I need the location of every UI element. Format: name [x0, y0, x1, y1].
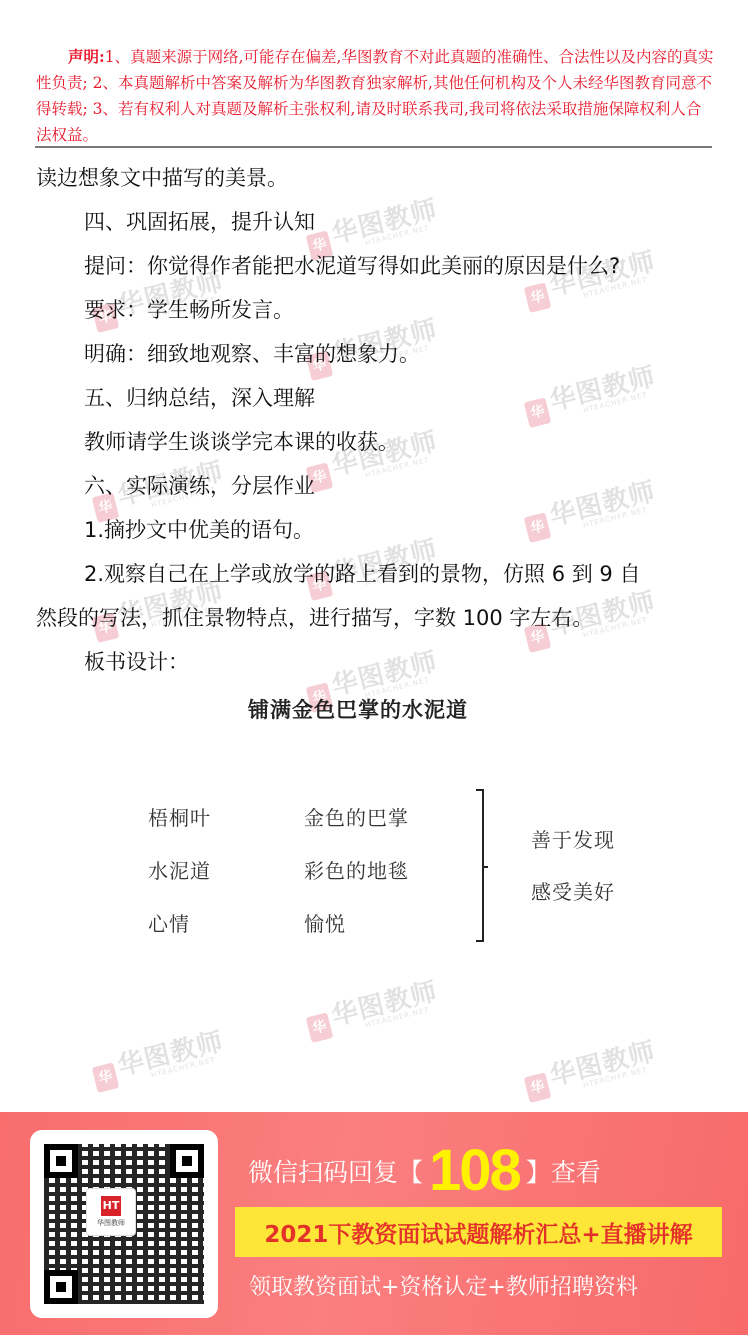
board-right-item: 感受美好 — [531, 876, 615, 905]
body-line: 2.观察自己在上学或放学的路上看到的景物，仿照 6 到 9 自 — [84, 560, 640, 588]
brand-logo-text: 华图教师 — [97, 1218, 125, 1228]
qr-center-logo: HT 华图教师 — [86, 1188, 136, 1236]
qr-finder-icon — [170, 1144, 204, 1178]
watermark-logo-icon: 华 — [524, 1072, 552, 1103]
watermark-text: 华图教师 — [329, 979, 440, 1030]
section-heading: 五、归纳总结，深入理解 — [84, 384, 315, 412]
watermark-subtext: HTEACHER.NET — [365, 1004, 442, 1030]
watermark-subtext: HTEACHER.NET — [583, 614, 660, 640]
qr-finder-icon — [44, 1144, 78, 1178]
board-middle-item: 金色的巴掌 — [304, 802, 409, 831]
disclaimer-label: 声明: — [68, 47, 105, 66]
body-line: 要求：学生畅所发言。 — [84, 296, 294, 324]
watermark-subtext: HTEACHER.NET — [365, 222, 442, 248]
watermark-logo-icon: 华 — [524, 512, 552, 543]
cta-suffix: 】查看 — [526, 1153, 601, 1189]
brand-logo-icon: HT — [101, 1196, 121, 1216]
watermark-subtext: HTEACHER.NET — [583, 1064, 660, 1090]
watermark-subtext: HTEACHER.NET — [151, 1054, 228, 1080]
watermark: 华华图教师HTEACHER.NET — [90, 1029, 228, 1093]
bracket-tick — [483, 866, 488, 868]
highlight-text: 2021下教资面试试题解析汇总+直播讲解 — [264, 1216, 692, 1249]
qr-code-card[interactable]: HT 华图教师 — [30, 1130, 218, 1318]
watermark-text: 华图教师 — [329, 197, 440, 248]
watermark: 华华图教师HTEACHER.NET — [522, 1039, 660, 1103]
watermark: 华华图教师HTEACHER.NET — [522, 364, 660, 428]
disclaimer: 声明:1、真题来源于网络,可能存在偏差,华图教育不对此真题的准确性、合法性以及内… — [36, 44, 714, 148]
section-heading: 六、实际演练，分层作业 — [84, 472, 315, 500]
watermark-text: 华图教师 — [115, 1029, 226, 1080]
qr-finder-icon — [44, 1270, 78, 1304]
watermark-logo-icon: 华 — [524, 397, 552, 428]
cta-line: 微信扫码回复【 108 】查看 — [248, 1142, 601, 1200]
body-line: 明确：细致地观察、丰富的想象力。 — [84, 340, 420, 368]
watermark-text: 华图教师 — [547, 364, 658, 415]
watermark-logo-icon: 华 — [524, 282, 552, 313]
body-line: 然段的写法，抓住景物特点，进行描写，字数 100 字左右。 — [36, 604, 593, 632]
watermark-logo-icon: 华 — [92, 1062, 120, 1093]
reply-code: 108 — [429, 1142, 520, 1200]
watermark-text: 华图教师 — [547, 1039, 658, 1090]
board-middle-item: 愉悦 — [304, 908, 346, 937]
board-middle-item: 彩色的地毯 — [304, 855, 409, 884]
board-title: 铺满金色巴掌的水泥道 — [248, 694, 468, 724]
highlight-box: 2021下教资面试试题解析汇总+直播讲解 — [235, 1207, 722, 1257]
header-divider — [35, 146, 712, 148]
watermark-logo-icon: 华 — [306, 1012, 334, 1043]
watermark-subtext: HTEACHER.NET — [583, 389, 660, 415]
body-line: 1.摘抄文中优美的语句。 — [84, 516, 314, 544]
board-left-item: 心情 — [148, 908, 190, 937]
section-heading: 四、巩固拓展，提升认知 — [84, 208, 315, 236]
body-line: 提问：你觉得作者能把水泥道写得如此美丽的原因是什么? — [84, 252, 620, 280]
board-right-item: 善于发现 — [531, 824, 615, 853]
body-line: 教师请学生谈谈学完本课的收获。 — [84, 428, 399, 456]
watermark-text: 华图教师 — [547, 479, 658, 530]
watermark: 华华图教师HTEACHER.NET — [522, 479, 660, 543]
watermark: 华华图教师HTEACHER.NET — [304, 979, 442, 1043]
body-line: 读边想象文中描写的美景。 — [36, 164, 288, 192]
promo-banner[interactable]: HT 华图教师 微信扫码回复【 108 】查看 2021下教资面试试题解析汇总+… — [0, 1112, 748, 1335]
watermark-subtext: HTEACHER.NET — [365, 454, 442, 480]
cta-prefix: 微信扫码回复【 — [248, 1153, 423, 1189]
body-line: 板书设计： — [84, 648, 189, 676]
board-left-item: 水泥道 — [148, 855, 211, 884]
watermark-text: 华图教师 — [329, 649, 440, 700]
board-left-item: 梧桐叶 — [148, 802, 211, 831]
disclaimer-text: 1、真题来源于网络,可能存在偏差,华图教育不对此真题的准确性、合法性以及内容的真… — [36, 48, 713, 144]
banner-subtitle: 领取教资面试+资格认定+教师招聘资料 — [249, 1270, 638, 1301]
watermark-subtext: HTEACHER.NET — [583, 504, 660, 530]
